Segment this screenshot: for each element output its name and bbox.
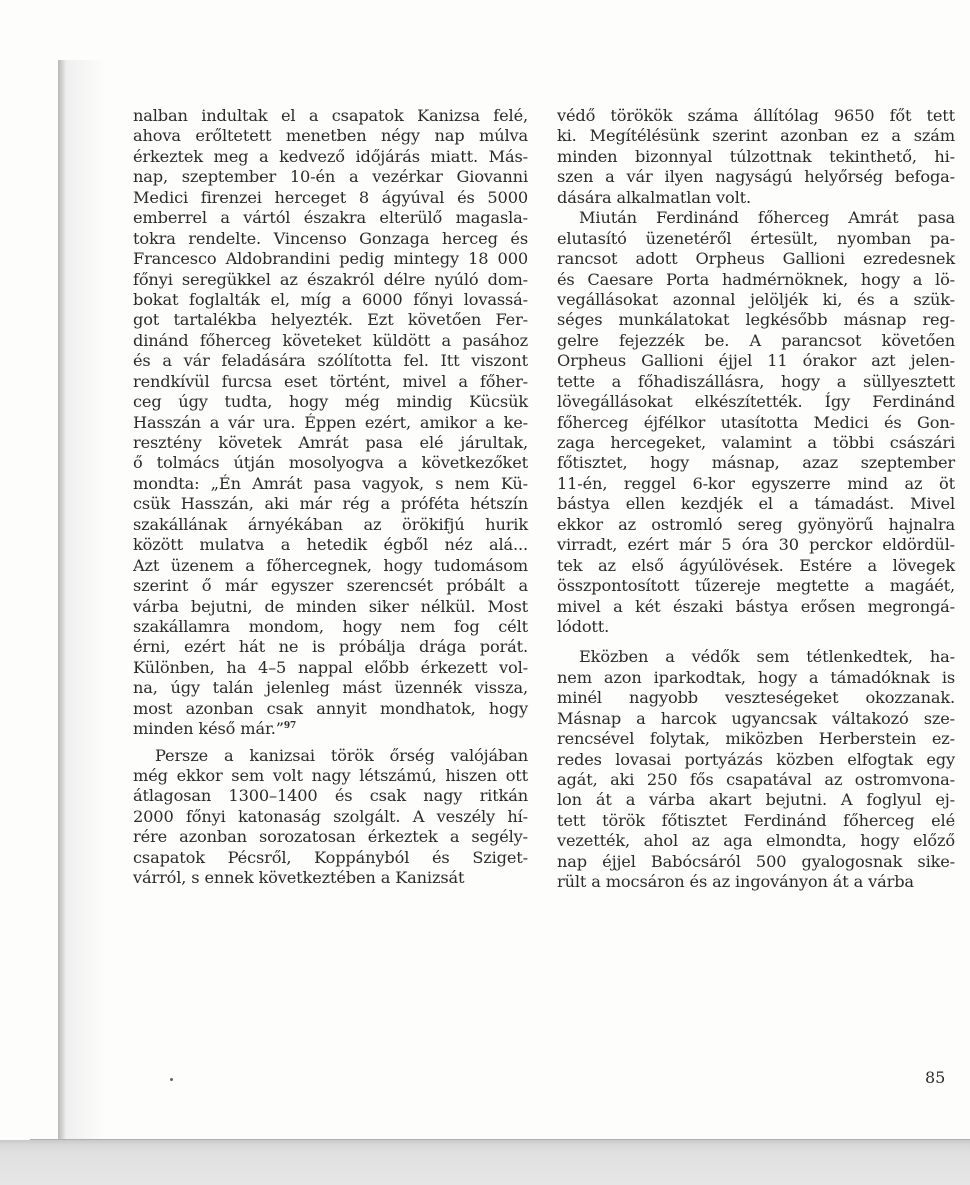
text-line: minden késő már.”97 [133, 719, 528, 739]
line-text: szen a vár ilyen nagyságú helyőrség befo… [557, 167, 955, 186]
text-line: tette a főhadiszállásra, hogy a süllyesz… [557, 372, 955, 392]
line-text: zaga hercegeket, valamint a többi császá… [557, 433, 955, 452]
line-text: ceg úgy tudta, hogy még mindig Kücsük [133, 392, 528, 411]
text-line: mivel a két északi bástya erősen megrong… [557, 597, 955, 617]
line-text: Különben, ha 4–5 nappal előbb érkezett v… [133, 658, 528, 677]
paragraph: Persze a kanizsai török őrség valójábanm… [133, 746, 528, 889]
text-line: Eközben a védők sem tétlenkedtek, ha- [557, 647, 955, 667]
line-text: séges munkálatokat legkésőbb másnap reg- [557, 310, 955, 329]
line-text: minél nagyobb veszteségeket okozzanak. [557, 688, 955, 707]
text-line: tett török főtisztet Ferdinánd főherceg … [557, 811, 955, 831]
text-line: rére azonban sorozatosan érkeztek a segé… [133, 827, 528, 847]
line-text: elutasító üzenetéről értesült, nyomban p… [557, 229, 955, 248]
paragraph-gap [557, 637, 955, 647]
page-number: 85 [925, 1068, 945, 1087]
line-text: és a vár feladására szólította fel. Itt … [133, 351, 528, 370]
text-line: zaga hercegeket, valamint a többi császá… [557, 433, 955, 453]
line-text: ekkor az ostromló sereg gyönyörű hajnalr… [557, 515, 955, 534]
text-line: Különben, ha 4–5 nappal előbb érkezett v… [133, 658, 528, 678]
line-text: 2000 főnyi katonaság szolgált. A veszély… [133, 807, 528, 826]
text-line: még ekkor sem volt nagy létszámú, hiszen… [133, 766, 528, 786]
text-line: főherceg éjfélkor utasította Medici és G… [557, 413, 955, 433]
line-text: ki. Megítélésünk szerint azonban ez a sz… [557, 126, 955, 145]
text-line: ceg úgy tudta, hogy még mindig Kücsük [133, 392, 528, 412]
text-line: csapatok Pécsről, Koppányból és Sziget- [133, 848, 528, 868]
text-line: elutasító üzenetéről értesült, nyomban p… [557, 229, 955, 249]
book-page: nalban indultak el a csapatok Kanizsa fe… [0, 0, 970, 1185]
text-line: érni, ezért hát ne is próbálja drága por… [133, 637, 528, 657]
line-text: Francesco Aldobrandini pedig mintegy 18 … [133, 249, 528, 268]
line-text: főherceg éjfélkor utasította Medici és G… [557, 413, 955, 432]
line-text: rancsot adott Orpheus Gallioni ezredesne… [557, 249, 955, 268]
text-line: védő törökök száma állítólag 9650 főt te… [557, 106, 955, 126]
line-text: na, úgy talán jelenleg mást üzennék viss… [133, 678, 528, 697]
text-line: átlagosan 1300–1400 és csak nagy ritkán [133, 786, 528, 806]
line-text: resztény követek Amrát pasa elé járultak… [133, 433, 528, 452]
line-text: bokat foglalták el, míg a 6000 főnyi lov… [133, 290, 528, 309]
text-line: Persze a kanizsai török őrség valójában [133, 746, 528, 766]
line-text: 11-én, reggel 6-kor egyszerre mind az öt [557, 474, 955, 493]
text-line: Francesco Aldobrandini pedig mintegy 18 … [133, 249, 528, 269]
paragraph: nalban indultak el a csapatok Kanizsa fe… [133, 106, 528, 740]
line-text: és Caesare Porta hadmérnöknek, hogy a lö… [557, 270, 955, 289]
line-text: virradt, ezért már 5 óra 30 perckor eldö… [557, 535, 955, 554]
text-line: bokat foglalták el, míg a 6000 főnyi lov… [133, 290, 528, 310]
text-line: resztény követek Amrát pasa elé járultak… [133, 433, 528, 453]
text-line: között mulatva a hetedik égből néz alá..… [133, 535, 528, 555]
text-line: nap éjjel Babócsáról 500 gyalogosnak sik… [557, 852, 955, 872]
text-line: Miután Ferdinánd főherceg Amrát pasa [557, 208, 955, 228]
line-text: rült a mocsáron és az ingoványon át a vá… [557, 872, 914, 891]
line-text: rencsével folytak, miközben Herberstein … [557, 729, 955, 748]
line-text: rendkívül furcsa eset történt, mivel a f… [133, 372, 528, 391]
line-text: Orpheus Gallioni éjjel 11 órakor azt jel… [557, 351, 955, 370]
line-text: még ekkor sem volt nagy létszámú, hiszen… [133, 766, 528, 785]
line-text: mondta: „Én Amrát pasa vagyok, s nem Kü- [133, 474, 528, 493]
line-text: Miután Ferdinánd főherceg Amrát pasa [579, 208, 955, 227]
line-text: érkeztek meg a kedvező időjárás miatt. M… [133, 147, 528, 166]
text-line: most azonban csak annyit mondhatok, hogy [133, 699, 528, 719]
text-line: minél nagyobb veszteségeket okozzanak. [557, 688, 955, 708]
text-line: érkeztek meg a kedvező időjárás miatt. M… [133, 147, 528, 167]
text-line: bástya ellen kezdjék el a támadást. Mive… [557, 494, 955, 514]
text-line: vegállásokat azonnal jelöljék ki, és a s… [557, 290, 955, 310]
binding-fade [66, 60, 106, 1140]
line-text: szakállának árnyékában az örökifjú hurik [133, 515, 528, 534]
line-text: bástya ellen kezdjék el a támadást. Mive… [557, 494, 955, 513]
text-line: séges munkálatokat legkésőbb másnap reg- [557, 310, 955, 330]
text-line: szakállamra mondom, hogy nem fog célt [133, 617, 528, 637]
line-text: nap éjjel Babócsáról 500 gyalogosnak sik… [557, 852, 955, 871]
line-text: tokra rendelte. Vincenso Gonzaga herceg … [133, 229, 528, 248]
line-text: között mulatva a hetedik égből néz alá..… [133, 535, 528, 554]
text-line: agát, aki 250 fős csapatával az ostromvo… [557, 770, 955, 790]
line-text: minden bizonnyal túlzottnak tekinthető, … [557, 147, 955, 166]
line-text: mivel a két északi bástya erősen megrong… [557, 597, 955, 616]
line-text: Másnap a harcok ugyancsak váltakozó sze- [557, 709, 955, 728]
line-text: redes lovasai portyázás közben elfogtak … [557, 750, 955, 769]
line-text: tek az első ágyúlövések. Estére a lövege… [557, 556, 955, 575]
text-line: na, úgy talán jelenleg mást üzennék viss… [133, 678, 528, 698]
text-line: lódott. [557, 617, 955, 637]
line-text: Hasszán a vár ura. Éppen ezért, amikor a… [133, 413, 528, 432]
line-text: gelre fejezzék be. A parancsot követően [557, 331, 955, 350]
line-text: minden késő már.” [133, 719, 284, 738]
text-line: Medici firenzei herceget 8 ágyúval és 50… [133, 188, 528, 208]
text-line: 2000 főnyi katonaság szolgált. A veszély… [133, 807, 528, 827]
right-column: védő törökök száma állítólag 9650 főt te… [557, 106, 955, 893]
text-line: nem azon iparkodtak, hogy a támadóknak i… [557, 668, 955, 688]
text-line: és a vár feladására szólította fel. Itt … [133, 351, 528, 371]
text-line: gelre fejezzék be. A parancsot követően [557, 331, 955, 351]
line-text: nem azon iparkodtak, hogy a támadóknak i… [557, 668, 955, 687]
text-line: tokra rendelte. Vincenso Gonzaga herceg … [133, 229, 528, 249]
text-line: rült a mocsáron és az ingoványon át a vá… [557, 872, 955, 892]
line-text: érni, ezért hát ne is próbálja drága por… [133, 637, 528, 656]
text-line: ő tolmács útján mosolyogva a következőke… [133, 453, 528, 473]
line-text: dására alkalmatlan volt. [557, 188, 751, 207]
text-line: szen a vár ilyen nagyságú helyőrség befo… [557, 167, 955, 187]
line-text: nap, szeptember 10-én a vezérkar Giovann… [133, 167, 528, 186]
text-line: dinánd főherceg követeket küldött a pasá… [133, 331, 528, 351]
line-text: lon át a várba akart bejutni. A foglyul … [557, 790, 955, 809]
line-text: ahova erőltetett menetben négy nap múlva [133, 126, 528, 145]
left-column: nalban indultak el a csapatok Kanizsa fe… [133, 106, 528, 889]
line-text: főtisztet, hogy másnap, azaz szeptember [557, 453, 955, 472]
line-text: tette a főhadiszállásra, hogy a süllyesz… [557, 372, 955, 391]
text-line: Hasszán a vár ura. Éppen ezért, amikor a… [133, 413, 528, 433]
line-text: dinánd főherceg követeket küldött a pasá… [133, 331, 528, 350]
text-line: csük Hasszán, aki már rég a próféta héts… [133, 494, 528, 514]
line-text: szerint ő már egyszer szerencsét próbált… [133, 576, 528, 595]
text-line: Másnap a harcok ugyancsak váltakozó sze- [557, 709, 955, 729]
line-text: vegállásokat azonnal jelöljék ki, és a s… [557, 290, 955, 309]
text-line: minden bizonnyal túlzottnak tekinthető, … [557, 147, 955, 167]
scan-speck [170, 1078, 173, 1081]
text-line: nalban indultak el a csapatok Kanizsa fe… [133, 106, 528, 126]
text-line: 11-én, reggel 6-kor egyszerre mind az öt [557, 474, 955, 494]
line-text: lódott. [557, 617, 609, 636]
line-text: emberrel a vártól északra elterülő magas… [133, 208, 528, 227]
text-line: főtisztet, hogy másnap, azaz szeptember [557, 453, 955, 473]
line-text: Medici firenzei herceget 8 ágyúval és 50… [133, 188, 528, 207]
line-text: szakállamra mondom, hogy nem fog célt [133, 617, 528, 636]
text-line: összpontosított tűzereje megtette a magá… [557, 576, 955, 596]
line-text: tett török főtisztet Ferdinánd főherceg … [557, 811, 955, 830]
line-text: összpontosított tűzereje megtette a magá… [557, 576, 955, 595]
text-line: mondta: „Én Amrát pasa vagyok, s nem Kü- [133, 474, 528, 494]
line-text: lövegállásokat elkészítették. Így Ferdin… [557, 392, 955, 411]
line-text: ő tolmács útján mosolyogva a következőke… [133, 453, 528, 472]
line-text: várról, s ennek következtében a Kanizsát [133, 868, 464, 887]
paragraph: védő törökök száma állítólag 9650 főt te… [557, 106, 955, 208]
text-line: lövegállásokat elkészítették. Így Ferdin… [557, 392, 955, 412]
line-text: most azonban csak annyit mondhatok, hogy [133, 699, 528, 718]
text-line: Orpheus Gallioni éjjel 11 órakor azt jel… [557, 351, 955, 371]
text-line: emberrel a vártól északra elterülő magas… [133, 208, 528, 228]
line-text: Azt üzenem a főhercegnek, hogy tudomásom [133, 556, 528, 575]
line-text: rére azonban sorozatosan érkeztek a segé… [133, 827, 528, 846]
line-text: védő törökök száma állítólag 9650 főt te… [557, 106, 955, 125]
line-text: átlagosan 1300–1400 és csak nagy ritkán [133, 786, 528, 805]
line-text: várba bejutni, de minden siker nélkül. M… [133, 597, 528, 616]
line-text: nalban indultak el a csapatok Kanizsa fe… [133, 106, 528, 125]
line-text: agát, aki 250 fős csapatával az ostromvo… [557, 770, 955, 789]
line-text: vezették, ahol az aga elmondta, hogy elő… [557, 831, 955, 850]
text-line: ki. Megítélésünk szerint azonban ez a sz… [557, 126, 955, 146]
scanner-bed [0, 1140, 970, 1185]
text-line: ahova erőltetett menetben négy nap múlva [133, 126, 528, 146]
text-line: várba bejutni, de minden siker nélkül. M… [133, 597, 528, 617]
paragraph: Eközben a védők sem tétlenkedtek, ha-nem… [557, 647, 955, 892]
paragraph: Miután Ferdinánd főherceg Amrát pasaelut… [557, 208, 955, 637]
line-text: csapatok Pécsről, Koppányból és Sziget- [133, 848, 528, 867]
text-line: várról, s ennek következtében a Kanizsát [133, 868, 528, 888]
text-line: rendkívül furcsa eset történt, mivel a f… [133, 372, 528, 392]
text-line: ekkor az ostromló sereg gyönyörű hajnalr… [557, 515, 955, 535]
text-line: redes lovasai portyázás közben elfogtak … [557, 750, 955, 770]
footnote-reference: 97 [284, 721, 296, 731]
line-text: Eközben a védők sem tétlenkedtek, ha- [579, 647, 955, 666]
text-line: és Caesare Porta hadmérnöknek, hogy a lö… [557, 270, 955, 290]
text-line: Azt üzenem a főhercegnek, hogy tudomásom [133, 556, 528, 576]
text-line: virradt, ezért már 5 óra 30 perckor eldö… [557, 535, 955, 555]
line-text: főnyi seregükkel az északról délre nyúló… [133, 270, 528, 289]
text-line: rencsével folytak, miközben Herberstein … [557, 729, 955, 749]
text-line: nap, szeptember 10-én a vezérkar Giovann… [133, 167, 528, 187]
line-text: csük Hasszán, aki már rég a próféta héts… [133, 494, 528, 513]
text-line: főnyi seregükkel az északról délre nyúló… [133, 270, 528, 290]
text-line: got tartalékba helyezték. Ezt követően F… [133, 310, 528, 330]
binding-shadow [58, 60, 66, 1140]
text-line: tek az első ágyúlövések. Estére a lövege… [557, 556, 955, 576]
text-line: dására alkalmatlan volt. [557, 188, 955, 208]
line-text: Persze a kanizsai török őrség valójában [155, 746, 528, 765]
text-line: szakállának árnyékában az örökifjú hurik [133, 515, 528, 535]
text-line: lon át a várba akart bejutni. A foglyul … [557, 790, 955, 810]
text-line: rancsot adott Orpheus Gallioni ezredesne… [557, 249, 955, 269]
text-line: vezették, ahol az aga elmondta, hogy elő… [557, 831, 955, 851]
line-text: got tartalékba helyezték. Ezt követően F… [133, 310, 528, 329]
text-line: szerint ő már egyszer szerencsét próbált… [133, 576, 528, 596]
